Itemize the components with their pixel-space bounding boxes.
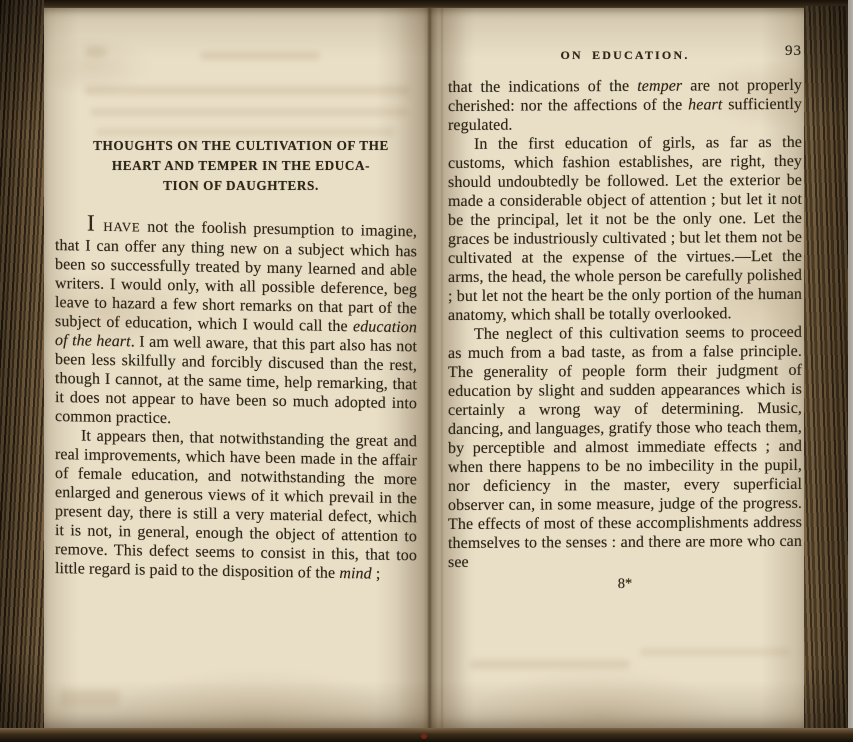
red-speck	[421, 734, 427, 739]
body-paragraph: In the first education of girls, as far …	[448, 133, 802, 325]
running-header: ON EDUCATION.	[560, 48, 689, 62]
chapter-title-line: TION OF DAUGHTERS.	[66, 176, 416, 196]
page-number: 93	[785, 43, 802, 60]
book-fore-edge-left	[0, 0, 44, 742]
right-page-text: that the indications of the temper are n…	[448, 76, 802, 594]
running-header-row: ON EDUCATION. 93	[448, 46, 802, 64]
body-paragraph: It appears then, that notwithstanding th…	[55, 426, 417, 584]
book-scan: THOUGHTS ON THE CULTIVATION OF THE HEART…	[0, 0, 853, 742]
body-paragraph: The neglect of this cultivation seems to…	[448, 323, 802, 572]
chapter-title-line: HEART AND TEMPER IN THE EDUCA-	[66, 156, 416, 176]
book-top-edge	[0, 0, 848, 8]
book-page-edges-right	[804, 6, 848, 735]
left-page-text: I HAVE not the foolish presumption to im…	[55, 212, 417, 584]
chapter-title-line: THOUGHTS ON THE CULTIVATION OF THE	[66, 136, 416, 156]
body-paragraph: I HAVE not the foolish presumption to im…	[55, 212, 417, 432]
signature-mark: 8*	[448, 575, 802, 594]
chapter-title: THOUGHTS ON THE CULTIVATION OF THE HEART…	[66, 136, 416, 196]
body-paragraph: that the indications of the temper are n…	[448, 76, 802, 135]
